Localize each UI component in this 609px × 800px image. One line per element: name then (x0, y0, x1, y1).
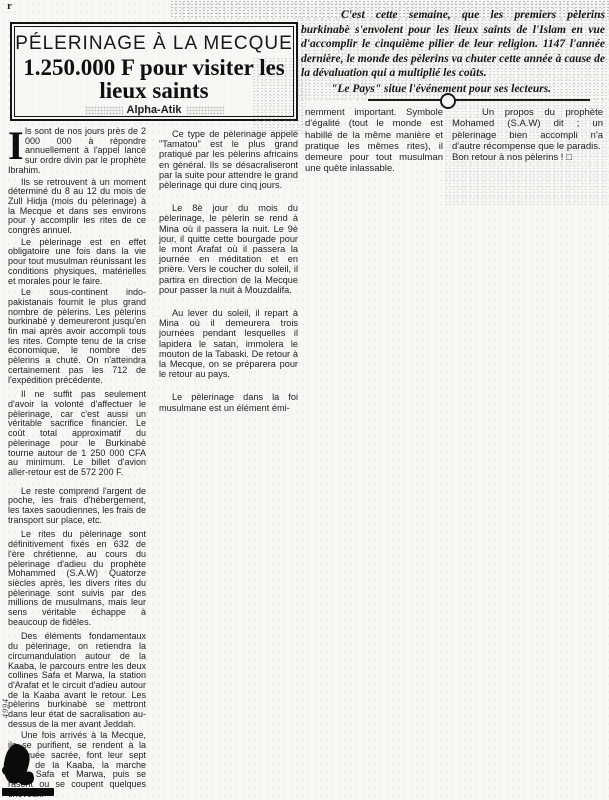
lead-block: C'est cette semaine, que les premiers pè… (301, 8, 605, 97)
byline-shade-right (186, 106, 224, 115)
paragraph: Le rites du pèlerinage sont définitiveme… (8, 530, 146, 627)
paragraph: Ils sont de nos jours près de 2 000 000 … (8, 127, 146, 176)
column-3: nemment important. Symbole d'égalité (to… (305, 107, 443, 175)
paragraph: Ils se retrouvent à un moment déterminé … (8, 178, 146, 236)
kicker: PÉLERINAGE À LA MECQUE (15, 33, 293, 55)
newspaper-scan-page: r PÉLERINAGE À LA MECQUE 1.250.000 F pou… (0, 0, 609, 800)
ink-dot (2, 766, 11, 775)
paragraph: Un propos du prophète Mohamed (S.A.W) di… (452, 107, 603, 152)
stray-ink-mark: r (7, 0, 12, 12)
headline-box-inner: PÉLERINAGE À LA MECQUE 1.250.000 F pour … (14, 26, 294, 117)
paragraph: Au lever du soleil, il repart à Mina où … (159, 308, 298, 379)
paragraph: Il ne suffit pas seulement d'avoir la vo… (8, 390, 146, 477)
ink-bar (2, 788, 54, 796)
paragraph-text: ls sont de nos jours près de 2 000 000 à… (8, 126, 146, 175)
paragraph: Le sous-continent indo-pakistanais fourn… (8, 288, 146, 385)
ornament-divider (368, 99, 590, 101)
paragraph-closing: Bon retour à nos pèlerins ! □ (452, 152, 603, 163)
byline: Alpha-Atik (127, 104, 182, 116)
paragraph: Le pèlerinage est en effet obligatoire u… (8, 238, 146, 287)
lead-paragraph: C'est cette semaine, que les premiers pè… (301, 8, 605, 81)
headline-box: PÉLERINAGE À LA MECQUE 1.250.000 F pour … (10, 22, 298, 121)
column-1: Ils sont de nos jours près de 2 000 000 … (8, 127, 146, 799)
dropcap: I (8, 128, 22, 164)
column-4: Un propos du prophète Mohamed (S.A.W) di… (452, 107, 603, 163)
paragraph: nemment important. Symbole d'égalité (to… (305, 107, 443, 175)
headline: 1.250.000 F pour visiter les lieux saint… (15, 56, 293, 102)
byline-row: Alpha-Atik (15, 104, 293, 116)
paragraph: Le 8è jour du mois du pèlerinage, le pèl… (159, 203, 298, 295)
paragraph: Le pèlerinage dans la foi musulmane est … (159, 392, 298, 412)
paragraph: Des éléments fondamentaux du pèlerinage,… (8, 632, 146, 729)
paragraph: Ce type de pèlerinage appelé "Tamatou" e… (159, 129, 298, 190)
handwritten-margin-note: 4994 (1, 684, 10, 718)
column-2: Ce type de pèlerinage appelé "Tamatou" e… (159, 129, 298, 413)
byline-shade-left (85, 106, 123, 115)
paragraph: Le reste comprend l'argent de poche, les… (8, 487, 146, 526)
